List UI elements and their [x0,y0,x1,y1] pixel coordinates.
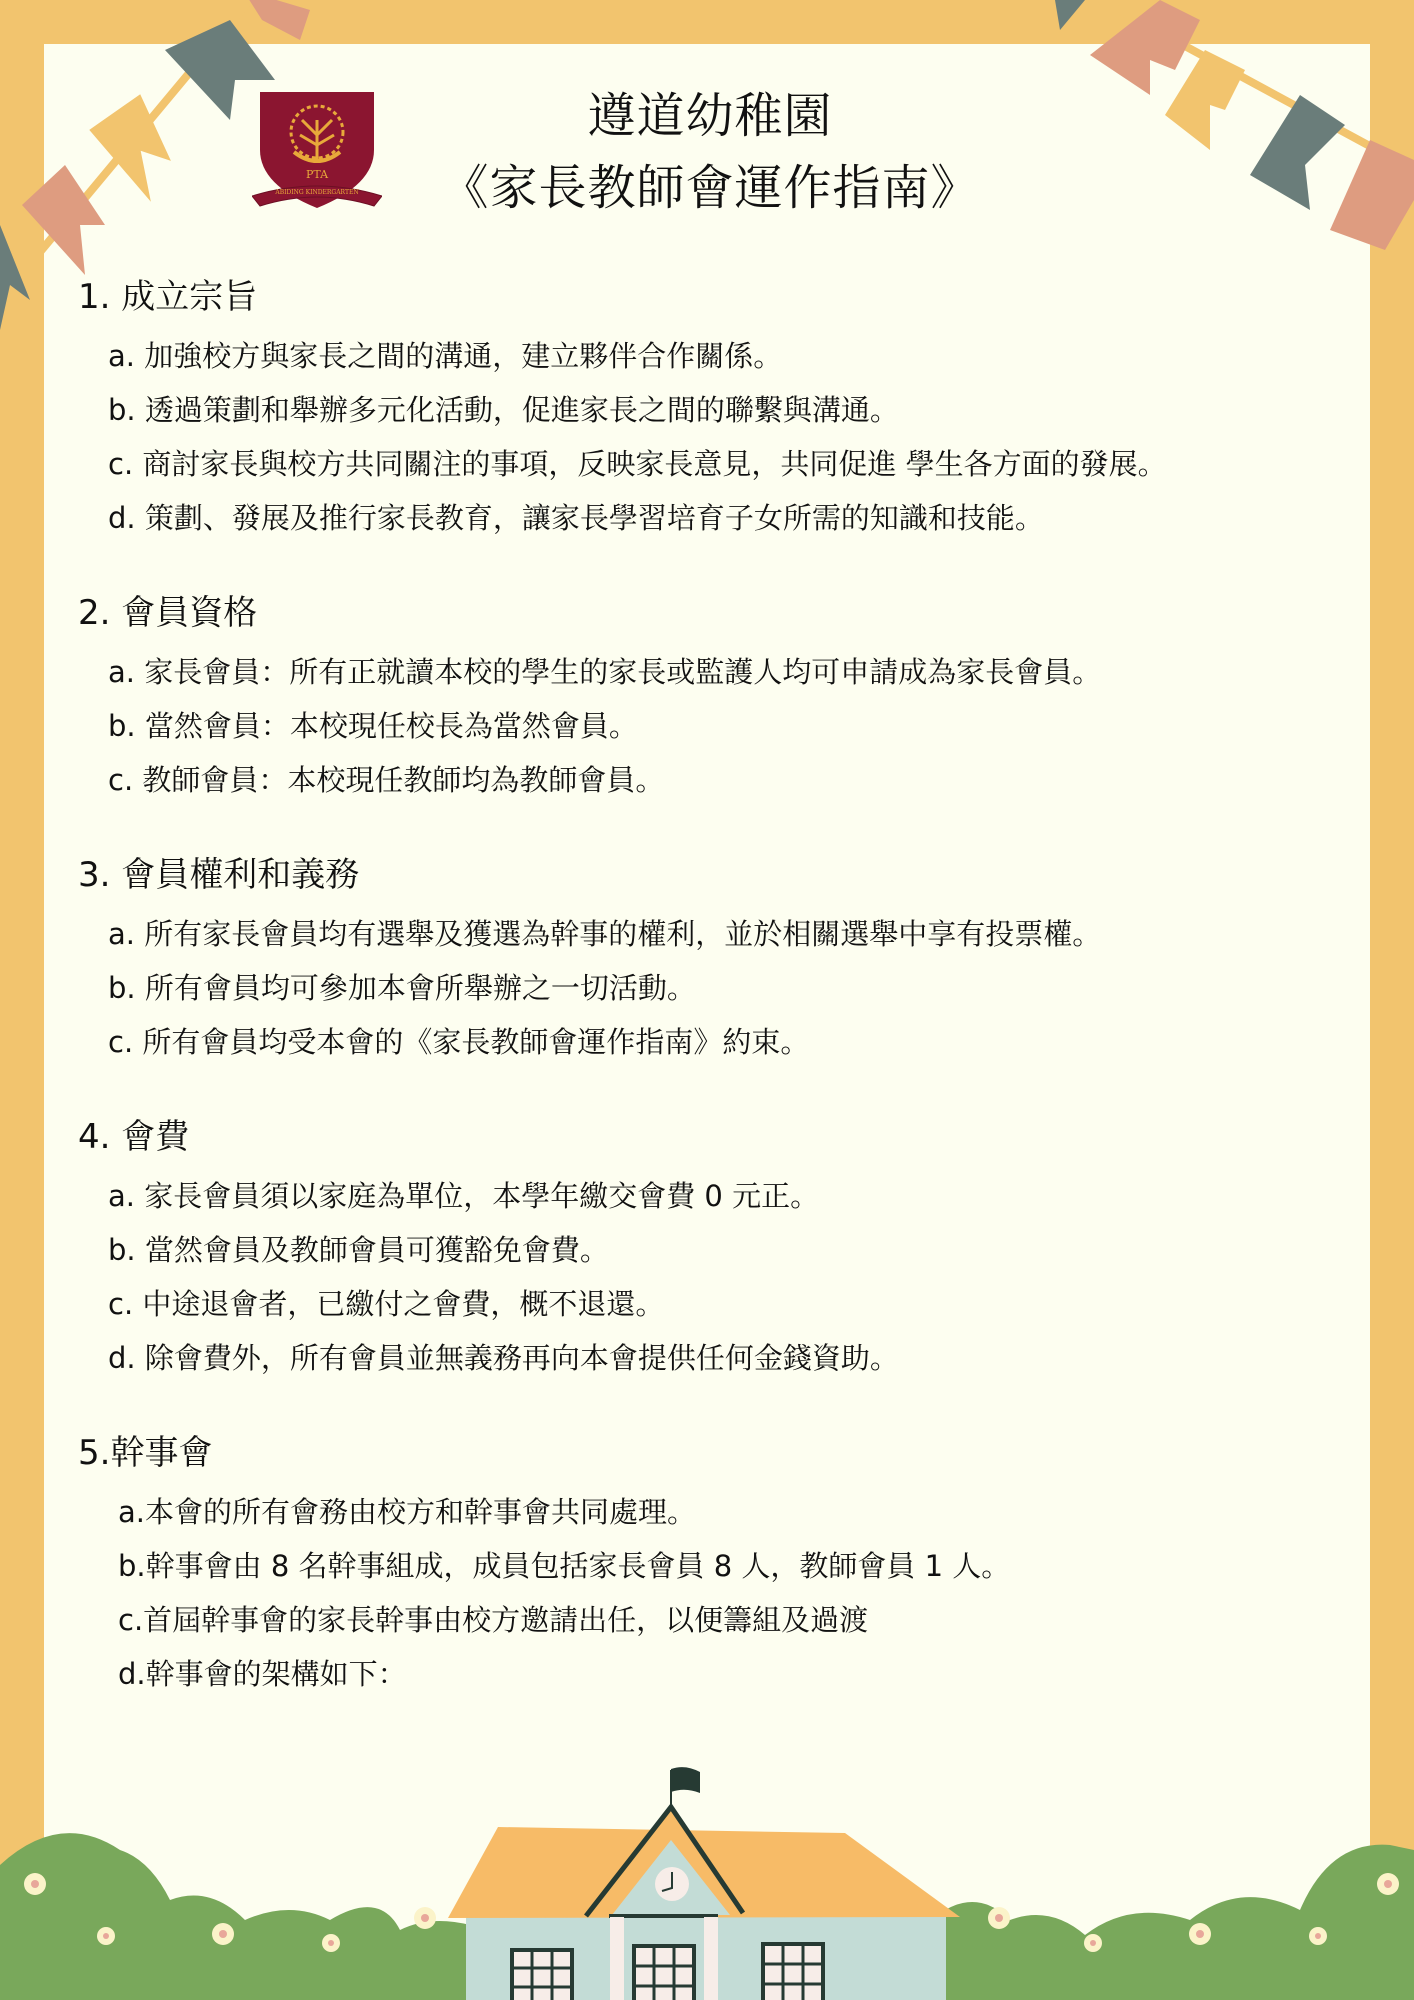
list-item: b. 所有會員均可參加本會所舉辦之一切活動。 [78,961,1388,1015]
list-item: a.本會的所有會務由校方和幹事會共同處理。 [78,1485,1388,1539]
list-item: c.首屆幹事會的家長幹事由校方邀請出任，以便籌組及過渡 [78,1593,1388,1647]
page-title: 遵道幼稚園 《家長教師會運作指南》 [400,80,1020,224]
school-name: 遵道幼稚園 [400,80,1020,152]
list-item: d. 策劃、發展及推行家長教育，讓家長學習培育子女所需的知識和技能。 [78,491,1388,545]
section-heading: 1. 成立宗旨 [78,275,1388,319]
section-heading: 3. 會員權利和義務 [78,853,1388,897]
list-item: d. 除會費外，所有會員並無義務再向本會提供任何金錢資助。 [78,1331,1388,1385]
list-item: d.幹事會的架構如下： [78,1647,1388,1701]
svg-text:PTA: PTA [306,168,329,181]
list-item: b. 當然會員：本校現任校長為當然會員。 [78,699,1388,753]
document-title: 《家長教師會運作指南》 [400,152,1020,224]
list-item: a. 加強校方與家長之間的溝通，建立夥伴合作關係。 [78,329,1388,383]
section-heading: 5.幹事會 [78,1431,1388,1475]
list-item: c. 所有會員均受本會的《家長教師會運作指南》約束。 [78,1015,1388,1069]
list-item: a. 家長會員：所有正就讀本校的學生的家長或監護人均可申請成為家長會員。 [78,645,1388,699]
pta-crest-logo: PTA ABIDING KINDERGARTEN [252,90,382,214]
guide-content: 1. 成立宗旨 a. 加強校方與家長之間的溝通，建立夥伴合作關係。 b. 透過策… [78,275,1388,1747]
school-house-scene-icon [0,1750,1414,2000]
list-item: c. 教師會員：本校現任教師均為教師會員。 [78,753,1388,807]
list-item: c. 商討家長與校方共同關注的事項，反映家長意見，共同促進 學生各方面的發展。 [78,437,1388,491]
section-purpose: 1. 成立宗旨 a. 加強校方與家長之間的溝通，建立夥伴合作關係。 b. 透過策… [78,275,1388,545]
section-heading: 4. 會費 [78,1115,1388,1159]
section-fees: 4. 會費 a. 家長會員須以家庭為單位，本學年繳交會費 0 元正。 b. 當然… [78,1115,1388,1385]
list-item: a. 家長會員須以家庭為單位，本學年繳交會費 0 元正。 [78,1169,1388,1223]
list-item: a. 所有家長會員均有選舉及獲選為幹事的權利，並於相關選舉中享有投票權。 [78,907,1388,961]
section-heading: 2. 會員資格 [78,591,1388,635]
list-item: b. 透過策劃和舉辦多元化活動，促進家長之間的聯繫與溝通。 [78,383,1388,437]
list-item: c. 中途退會者，已繳付之會費，概不退還。 [78,1277,1388,1331]
list-item: b.幹事會由 8 名幹事組成，成員包括家長會員 8 人，教師會員 1 人。 [78,1539,1388,1593]
section-membership: 2. 會員資格 a. 家長會員：所有正就讀本校的學生的家長或監護人均可申請成為家… [78,591,1388,807]
svg-text:ABIDING KINDERGARTEN: ABIDING KINDERGARTEN [274,189,358,196]
list-item: b. 當然會員及教師會員可獲豁免會費。 [78,1223,1388,1277]
section-rights-duties: 3. 會員權利和義務 a. 所有家長會員均有選舉及獲選為幹事的權利，並於相關選舉… [78,853,1388,1069]
section-committee: 5.幹事會 a.本會的所有會務由校方和幹事會共同處理。 b.幹事會由 8 名幹事… [78,1431,1388,1701]
